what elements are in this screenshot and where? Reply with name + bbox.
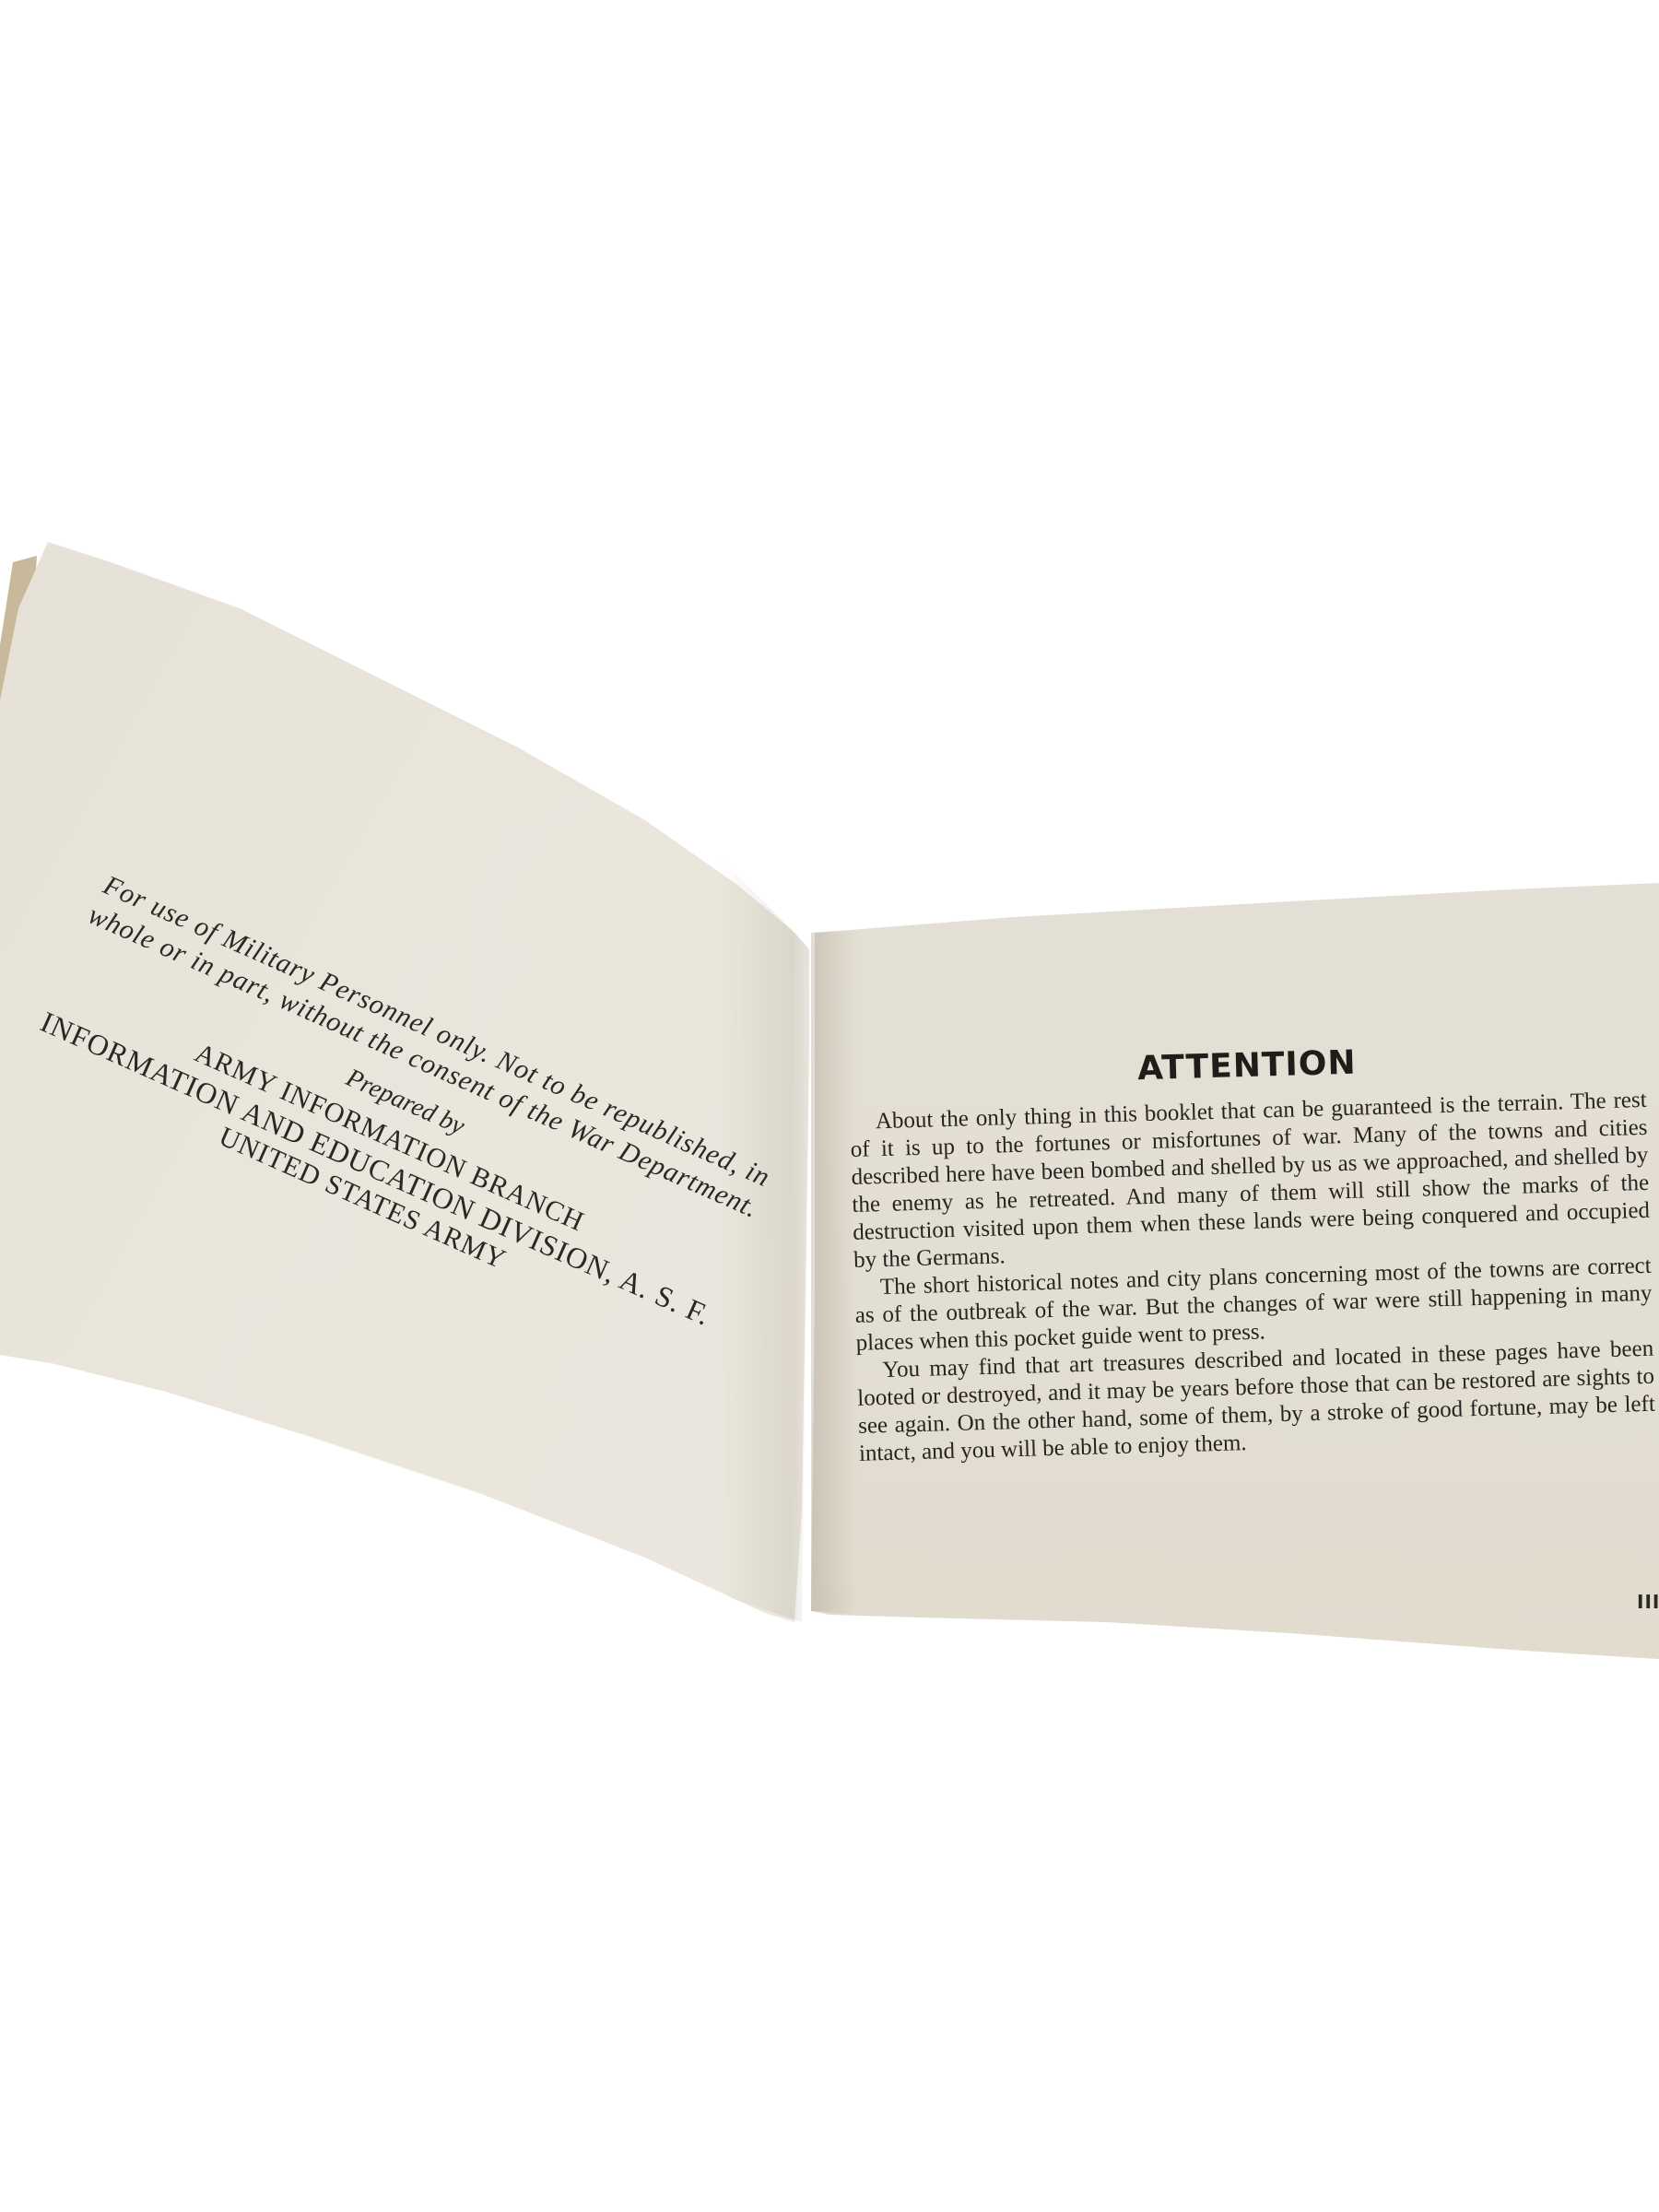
right-page-text: ATTENTION About the only thing in this b… — [848, 1036, 1656, 1468]
booklet-photo: For use of Military Personnel only. Not … — [0, 0, 1659, 2212]
page-number: III — [1637, 1591, 1659, 1613]
paragraph: About the only thing in this booklet tha… — [850, 1087, 1652, 1275]
paragraph: You may find that art treasures describe… — [856, 1335, 1656, 1468]
